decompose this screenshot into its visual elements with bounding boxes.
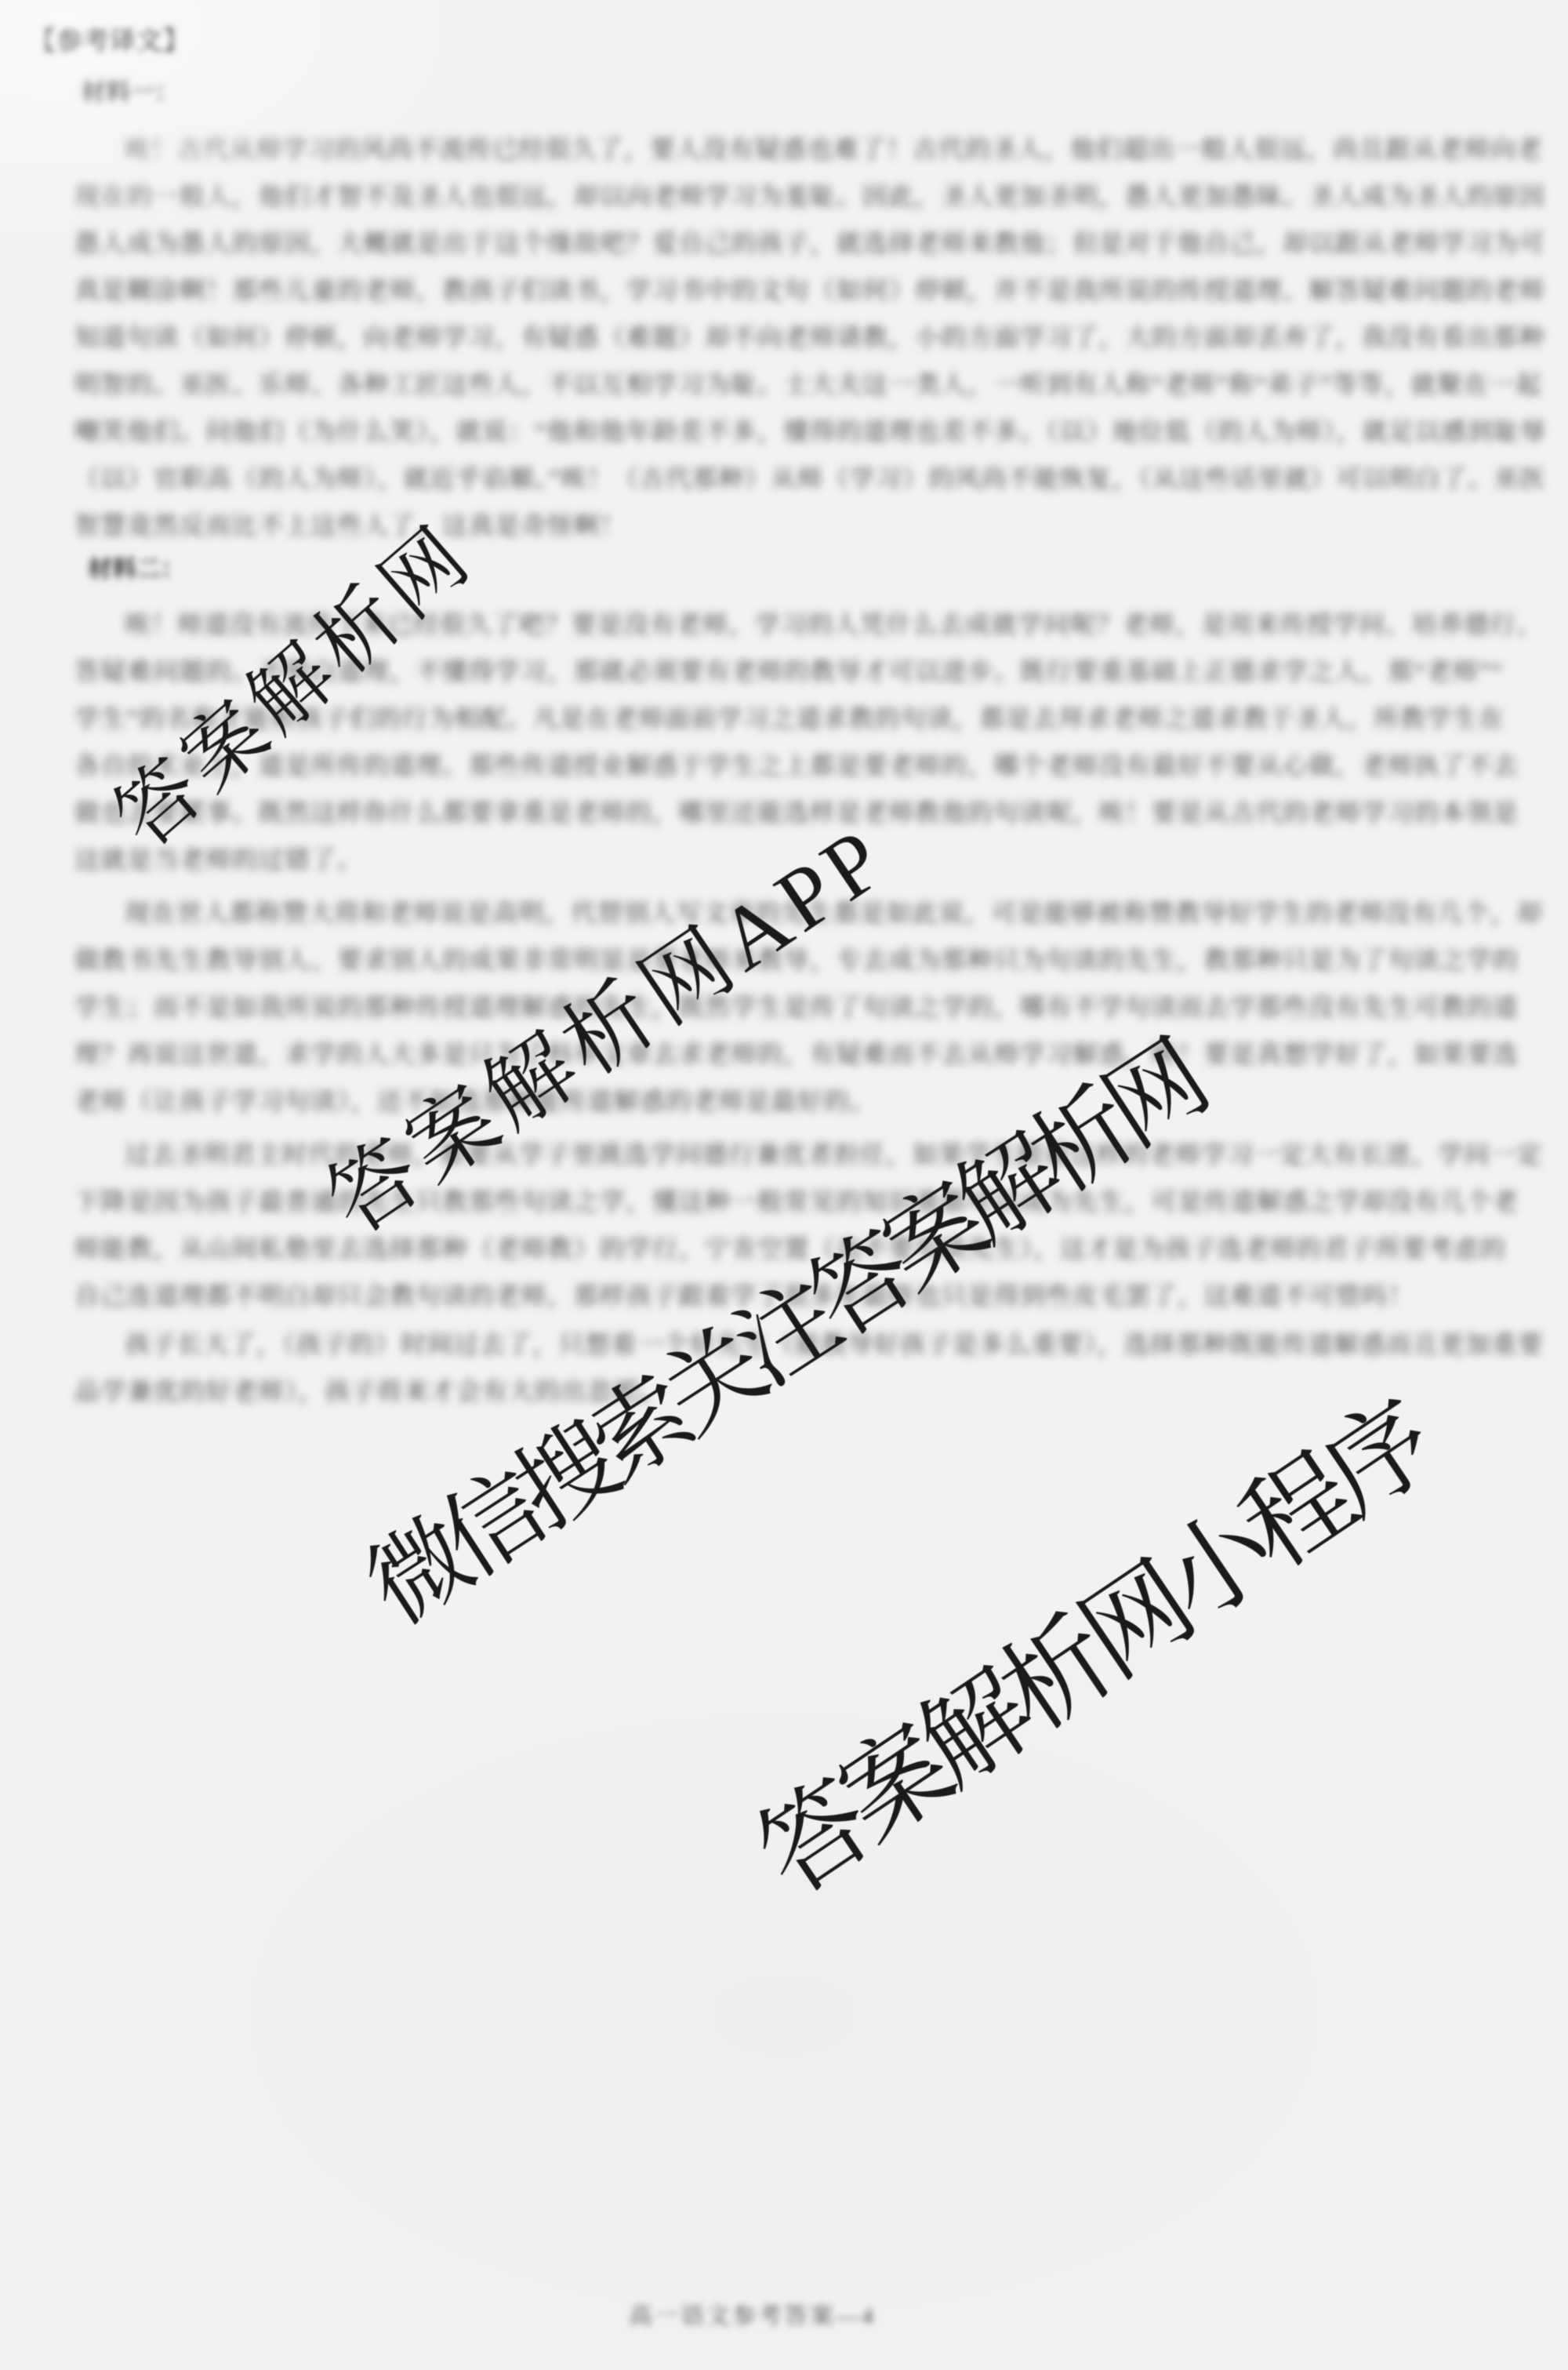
text-line: 师能教，从山间私塾里去选择那种（老师教）的学行，宁肯空置（也不要句读先生），这才…: [74, 1225, 1544, 1272]
text-line: 品学兼优的好老师），孩子将来才会有大的出息吧。: [74, 1368, 1544, 1415]
text-line: 现在世人都称赞大将和老师说是高明，代替别人写文章的先生都是如此说，可是能够被称赞…: [74, 889, 1544, 936]
text-line: 明智的。巫医、乐师、各种工匠这些人，不以互相学习为耻。士大夫这一类人，一听到有人…: [74, 361, 1544, 408]
translation-paragraph-4: 过去圣明君主时代的老师，都要从学子里挑选学问德行兼优者担任，如果学生跟着这样的老…: [74, 1131, 1544, 1319]
page-footer: 高一语文参考答案—4: [629, 2296, 876, 2331]
translation-paragraph-2: 唉！师道没有流传下来已经很久了吧？要是没有老师，学习的人凭什么去成就学问呢？老师…: [74, 601, 1544, 883]
text-line: 答疑难问题的。不明白道理，不懂得学习，那就必须要有老师的教导才可以进步。既行要重…: [74, 648, 1544, 695]
text-line: （以）官职高（的人为师），就近乎谄媚。”唉！（古代那种）从师（学习）的风尚不能恢…: [74, 455, 1544, 502]
text-line: 孩子长大了，（孩子的）时间过去了，只想着一个好先生（能教导好孩子是多么重要），选…: [74, 1321, 1544, 1368]
translation-paragraph-3: 现在世人都称赞大将和老师说是高明，代替别人写文章的先生都是如此说，可是能够被称赞…: [74, 889, 1544, 1125]
text-line: 下降是因为孩子最普通的先生只教那些句读之学，懂这种一般常见的知识谁都可以成为先生…: [74, 1178, 1544, 1225]
section-label-material-1: 材料一：: [82, 72, 179, 107]
text-line: 理？再说这世道，求学的人大多是只为了科举文章去求老师的，有疑难而不去从师学习解惑…: [74, 1031, 1544, 1078]
text-line: 过去圣明君主时代的老师，都要从学子里挑选学问德行兼优者担任，如果学生跟着这样的老…: [74, 1131, 1544, 1178]
text-line: 学生；而不是如我所说的那种传授道理解惑的先生，既然学生是传了句读之学的，哪有不学…: [74, 983, 1544, 1031]
section-label-material-2: 材料二：: [88, 549, 185, 584]
page-title: 【参考译文】: [30, 20, 190, 57]
text-line: 学生”的名称才能和孩子们的行为相配。凡是在老师面前学习之道求教的句读，都是去拜求…: [74, 695, 1544, 742]
text-line: 老师（让孩子学习句读），还不如选那种能传道解惑的老师是最好的。: [74, 1078, 1544, 1125]
text-line: 唉！师道没有流传下来已经很久了吧？要是没有老师，学习的人凭什么去成就学问呢？老师…: [74, 601, 1544, 648]
text-line: 唉！古代从师学习的风尚不流传已经很久了，要人没有疑惑也难了！古代的圣人，他们超出…: [74, 125, 1544, 173]
text-line: 嘲笑他们。问他们（为什么笑），就说：“他和他年龄差不多，懂得的道理也差不多。（以…: [74, 408, 1544, 455]
text-line: 各自的术业上，道是所传的道理。那些传道授业解惑于学生之上都是要老师的，哪个老师没…: [74, 742, 1544, 789]
text-line: 知道句读（如何）停顿，向老师学习，有疑惑（难题）却不向老师请教，小的方面学习了，…: [74, 314, 1544, 361]
translation-paragraph-1: 唉！古代从师学习的风尚不流传已经很久了，要人没有疑惑也难了！古代的圣人，他们超出…: [74, 125, 1544, 549]
translation-paragraph-5: 孩子长大了，（孩子的）时间过去了，只想着一个好先生（能教导好孩子是多么重要），选…: [74, 1321, 1544, 1415]
text-line: 真是糊涂啊！那些儿童的老师，教孩子们读书，学习书中的文句（如何）停顿，并不是我所…: [74, 267, 1544, 314]
scanned-answer-sheet-page: 【参考译文】 材料一： 唉！古代从师学习的风尚不流传已经很久了，要人没有疑惑也难…: [0, 0, 1568, 2370]
text-line: 现在的一般人，他们才智不及圣人也很远，却以向老师学习为羞耻。因此，圣人更加圣明，…: [74, 173, 1544, 220]
text-line: 做教书先生教导别人、要求别人的成果非常明显是要老师来教导，专去成为那种只为句读的…: [74, 936, 1544, 983]
text-line: 做也去要紧事。既然这样你什么都要拿重是老师的，哪里还能选样是老师教他的句读呢，唉…: [74, 789, 1544, 836]
watermark-mini-program: 答案解析网小程序: [723, 1360, 1454, 1922]
text-line: 智慧竟然反而比不上这些人了，这真是奇怪啊！: [74, 502, 1544, 549]
text-line: 愚人成为愚人的原因，大概就是出于这个缘故吧？爱自己的孩子，就选择老师来教他；但是…: [74, 220, 1544, 267]
text-line: 自己连道理都不明白却只会教句读的老师，那样孩子跟着学了很多年最终也只是得到些皮毛…: [74, 1272, 1544, 1319]
text-line: 这就是当老师的过错了。: [74, 836, 1544, 883]
